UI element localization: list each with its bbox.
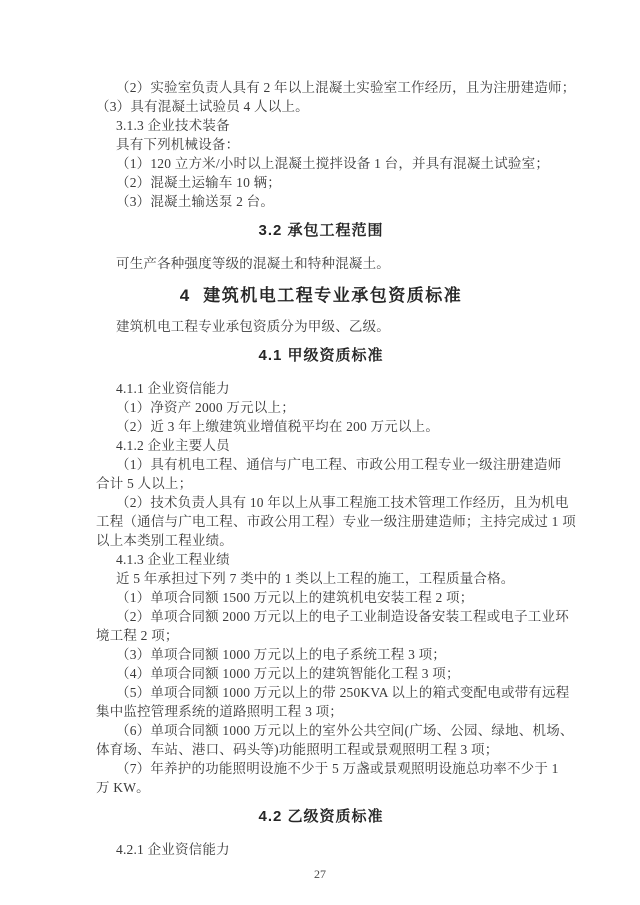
text-line: 境工程 2 项； [96,626,546,645]
text-line: 3.1.3 企业技术装备 [96,116,546,135]
text-line: （2）技术负责人具有 10 年以上从事工程施工技术管理工作经历，且为机电 [96,493,546,512]
text-line: 体育场、车站、港口、码头等)功能照明工程或景观照明工程 3 项； [96,740,546,759]
text-line: （1）单项合同额 1500 万元以上的建筑机电安装工程 2 项； [96,588,546,607]
text-line: （3）混凝土输送泵 2 台。 [96,192,546,211]
text-line: （1）净资产 2000 万元以上； [96,398,546,417]
text-line: （2）实验室负责人具有 2 年以上混凝土实验室工作经历，且为注册建造师； [96,78,546,97]
text-line: 集中监控管理系统的道路照明工程 3 项； [96,702,546,721]
text-line: （2）混凝土运输车 10 辆； [96,173,546,192]
text-line: （1）具有机电工程、通信与广电工程、市政公用工程专业一级注册建造师 [96,455,546,474]
text-line: （3）单项合同额 1000 万元以上的电子系统工程 3 项； [96,645,546,664]
section-heading: 4.2 乙级资质标准 [96,807,546,827]
text-line: 工程（通信与广电工程、市政公用工程）专业一级注册建造师；主持完成过 1 项 [96,512,546,531]
text-line: （4）单项合同额 1000 万元以上的建筑智能化工程 3 项； [96,664,546,683]
text-line: （6）单项合同额 1000 万元以上的室外公共空间(广场、公园、绿地、机场、 [96,721,546,740]
text-line: 合计 5 人以上； [96,474,546,493]
page-content: （2）实验室负责人具有 2 年以上混凝土实验室工作经历，且为注册建造师；（3）具… [96,78,546,859]
text-line: （2）近 3 年上缴建筑业增值税平均在 200 万元以上。 [96,417,546,436]
text-line: 可生产各种强度等级的混凝土和特种混凝土。 [96,254,546,273]
text-line: 4.2.1 企业资信能力 [96,840,546,859]
text-line: 建筑机电工程专业承包资质分为甲级、乙级。 [96,317,546,336]
text-line: （5）单项合同额 1000 万元以上的带 250KVA 以上的箱式变配电或带有远… [96,683,546,702]
page-number: 27 [0,867,640,882]
chapter-heading: 4 建筑机电工程专业承包资质标准 [96,283,546,309]
text-line: 具有下列机械设备： [96,135,546,154]
section-heading: 4.1 甲级资质标准 [96,346,546,366]
document-page: （2）实验室负责人具有 2 年以上混凝土实验室工作经历，且为注册建造师；（3）具… [0,0,640,905]
text-line: （3）具有混凝土试验员 4 人以上。 [96,97,546,116]
text-line: 4.1.2 企业主要人员 [96,436,546,455]
text-line: （7）年养护的功能照明设施不少于 5 万盏或景观照明设施总功率不少于 1 [96,759,546,778]
text-line: 4.1.3 企业工程业绩 [96,550,546,569]
text-line: 4.1.1 企业资信能力 [96,379,546,398]
text-line: （1）120 立方米/小时以上混凝土搅拌设备 1 台，并具有混凝土试验室； [96,154,546,173]
text-line: 近 5 年承担过下列 7 类中的 1 类以上工程的施工，工程质量合格。 [96,569,546,588]
text-line: （2）单项合同额 2000 万元以上的电子工业制造设备安装工程或电子工业环 [96,607,546,626]
section-heading: 3.2 承包工程范围 [96,221,546,241]
text-line: 以上本类别工程业绩。 [96,531,546,550]
text-line: 万 KW。 [96,778,546,797]
